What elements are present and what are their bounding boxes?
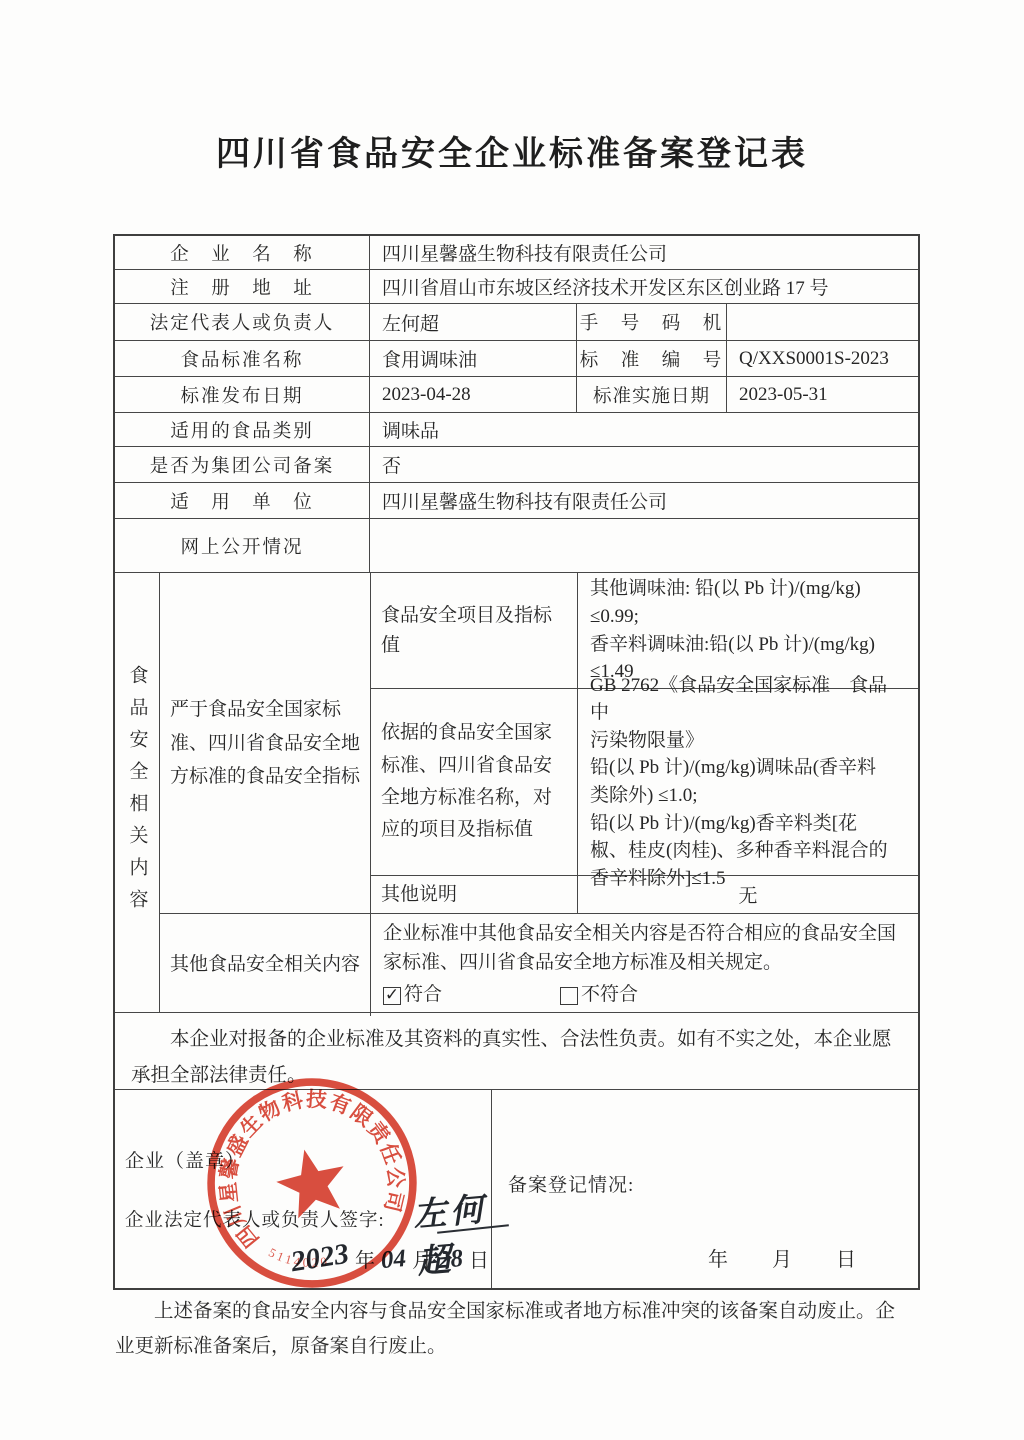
scanned-registration-form: 四川省食品安全企业标准备案登记表 企 业 名 称 四川星馨盛生物科技有限责任公司…: [0, 0, 1024, 1440]
online-publicity-value: [370, 519, 918, 572]
row-standard-name: 食品标准名称 食用调味油 标 准 编 号 Q/XXS0001S-2023: [115, 341, 918, 377]
stricter-block: 严于食品安全国家标准、四川省食品安全地方标准的食品安全指标 食品安全项目及指标值…: [160, 573, 918, 914]
safety-section: 食品安全相关内容 严于食品安全国家标准、四川省食品安全地方标准的食品安全指标 食…: [115, 573, 918, 1013]
other-related-label: 其他食品安全相关内容: [160, 914, 371, 1016]
seal-label: 企业（盖章）: [125, 1146, 245, 1173]
checkbox-conform-checked-icon: ✓: [383, 987, 401, 1005]
basis-row: 依据的食品安全国家标准、四川省食品安全地方标准名称，对应的项目及指标值 GB 2…: [371, 689, 918, 876]
legal-rep-value: 左何超: [370, 304, 577, 340]
other-related-statement: 企业标准中其他食品安全相关内容是否符合相应的食品安全国家标准、四川省食品安全地方…: [383, 923, 896, 973]
row-category: 适用的食品类别 调味品: [115, 413, 918, 447]
page-title: 四川省食品安全企业标准备案登记表: [0, 126, 1024, 175]
group-filing-value: 否: [370, 447, 918, 482]
group-filing-label: 是否为集团公司备案: [115, 447, 370, 482]
indicators-value: 其他调味油: 铅(以 Pb 计)/(mg/kg) ≤0.99; 香辛料调味油:铅…: [578, 573, 918, 688]
publish-date-value: 2023-04-28: [370, 377, 577, 412]
sign-label: 企业法定代表人或负责人签字:: [125, 1206, 385, 1232]
safety-side-label: 食品安全相关内容: [115, 573, 160, 1012]
registration-date-placeholder: 年 月 日: [708, 1243, 858, 1272]
online-publicity-label: 网上公开情况: [115, 519, 370, 572]
basis-value: GB 2762《食品安全国家标准 食品中 污染物限量》 铅(以 Pb 计)/(m…: [578, 689, 918, 875]
address-value: 四川省眉山市东坡区经济技术开发区东区创业路 17 号: [370, 270, 918, 303]
row-address: 注 册 地 址 四川省眉山市东坡区经济技术开发区东区创业路 17 号: [115, 270, 918, 304]
declaration-text: 本企业对报备的企业标准及其资料的真实性、合法性负责。如有不实之处，本企业愿承担全…: [115, 1013, 918, 1089]
option-conform-label: 符合: [404, 981, 442, 1010]
registration-status-cell: 备案登记情况: 年 月 日: [492, 1090, 918, 1288]
sign-date-year-unit: 年: [355, 1244, 375, 1273]
category-label: 适用的食品类别: [115, 413, 370, 446]
option-nonconform-label: 不符合: [581, 981, 638, 1010]
row-dates: 标准发布日期 2023-04-28 标准实施日期 2023-05-31: [115, 377, 918, 413]
conformity-options: ✓ 符合 不符合: [383, 981, 906, 1010]
other-note-value: 无: [578, 876, 918, 913]
indicators-label: 食品安全项目及指标值: [371, 573, 578, 688]
phone-label: 手 号 码 机: [577, 304, 727, 340]
sign-date-day-unit: 日: [469, 1244, 489, 1273]
category-value: 调味品: [370, 413, 918, 446]
registration-month-unit: 月: [772, 1243, 794, 1272]
standard-name-value: 食用调味油: [370, 341, 577, 376]
registration-day-unit: 日: [836, 1243, 858, 1272]
other-related-row: 其他食品安全相关内容 企业标准中其他食品安全相关内容是否符合相应的食品安全国家标…: [160, 914, 918, 1016]
signature-row: 企业（盖章） 企业法定代表人或负责人签字: 左何超 2023 年 04 月 28…: [115, 1090, 918, 1288]
enterprise-sign-cell: 企业（盖章） 企业法定代表人或负责人签字: 左何超 2023 年 04 月 28…: [115, 1090, 492, 1288]
sign-date-month: 04: [380, 1245, 407, 1275]
row-group-filing: 是否为集团公司备案 否: [115, 447, 918, 483]
company-label: 企 业 名 称: [115, 236, 370, 269]
phone-value: [727, 304, 918, 340]
standard-no-value: Q/XXS0001S-2023: [727, 341, 918, 376]
applicable-unit-value: 四川星馨盛生物科技有限责任公司: [370, 483, 918, 518]
row-legal-rep: 法定代表人或负责人 左何超 手 号 码 机: [115, 304, 918, 341]
sign-date-year: 2023: [289, 1238, 351, 1280]
row-company: 企 业 名 称 四川星馨盛生物科技有限责任公司: [115, 236, 918, 270]
registration-table: 企 业 名 称 四川星馨盛生物科技有限责任公司 注 册 地 址 四川省眉山市东坡…: [113, 234, 920, 1290]
address-label: 注 册 地 址: [115, 270, 370, 303]
publish-date-label: 标准发布日期: [115, 377, 370, 412]
standard-name-label: 食品标准名称: [115, 341, 370, 376]
other-note-row: 其他说明 无: [371, 876, 918, 913]
impl-date-label: 标准实施日期: [577, 377, 727, 412]
row-online-publicity: 网上公开情况: [115, 519, 918, 573]
basis-label: 依据的食品安全国家标准、四川省食品安全地方标准名称，对应的项目及指标值: [371, 689, 578, 875]
registration-year-unit: 年: [708, 1243, 730, 1272]
footer-note: 上述备案的食品安全内容与食品安全国家标准或者地方标准冲突的该备案自动废止。企业更…: [115, 1294, 903, 1364]
checkmark-icon: ✓: [385, 987, 399, 1004]
legal-rep-label: 法定代表人或负责人: [115, 304, 370, 340]
declaration-row: 本企业对报备的企业标准及其资料的真实性、合法性负责。如有不实之处，本企业愿承担全…: [115, 1013, 918, 1090]
impl-date-value: 2023-05-31: [727, 377, 918, 412]
other-related-content: 企业标准中其他食品安全相关内容是否符合相应的食品安全国家标准、四川省食品安全地方…: [371, 914, 918, 1016]
sign-date-day: 28: [437, 1245, 464, 1275]
standard-no-label: 标 准 编 号: [577, 341, 727, 376]
option-nonconform: 不符合: [560, 981, 638, 1010]
sign-date: 2023 年 04 月 28 日: [291, 1242, 489, 1275]
registration-label: 备案登记情况:: [508, 1170, 634, 1197]
option-conform: ✓ 符合: [383, 981, 442, 1010]
other-note-label: 其他说明: [371, 876, 578, 913]
sign-date-month-unit: 月: [412, 1244, 432, 1273]
stricter-label: 严于食品安全国家标准、四川省食品安全地方标准的食品安全指标: [160, 573, 371, 913]
checkbox-nonconform-empty-icon: [560, 987, 578, 1005]
applicable-unit-label: 适 用 单 位: [115, 483, 370, 518]
row-applicable-unit: 适 用 单 位 四川星馨盛生物科技有限责任公司: [115, 483, 918, 519]
company-value: 四川星馨盛生物科技有限责任公司: [370, 236, 918, 269]
